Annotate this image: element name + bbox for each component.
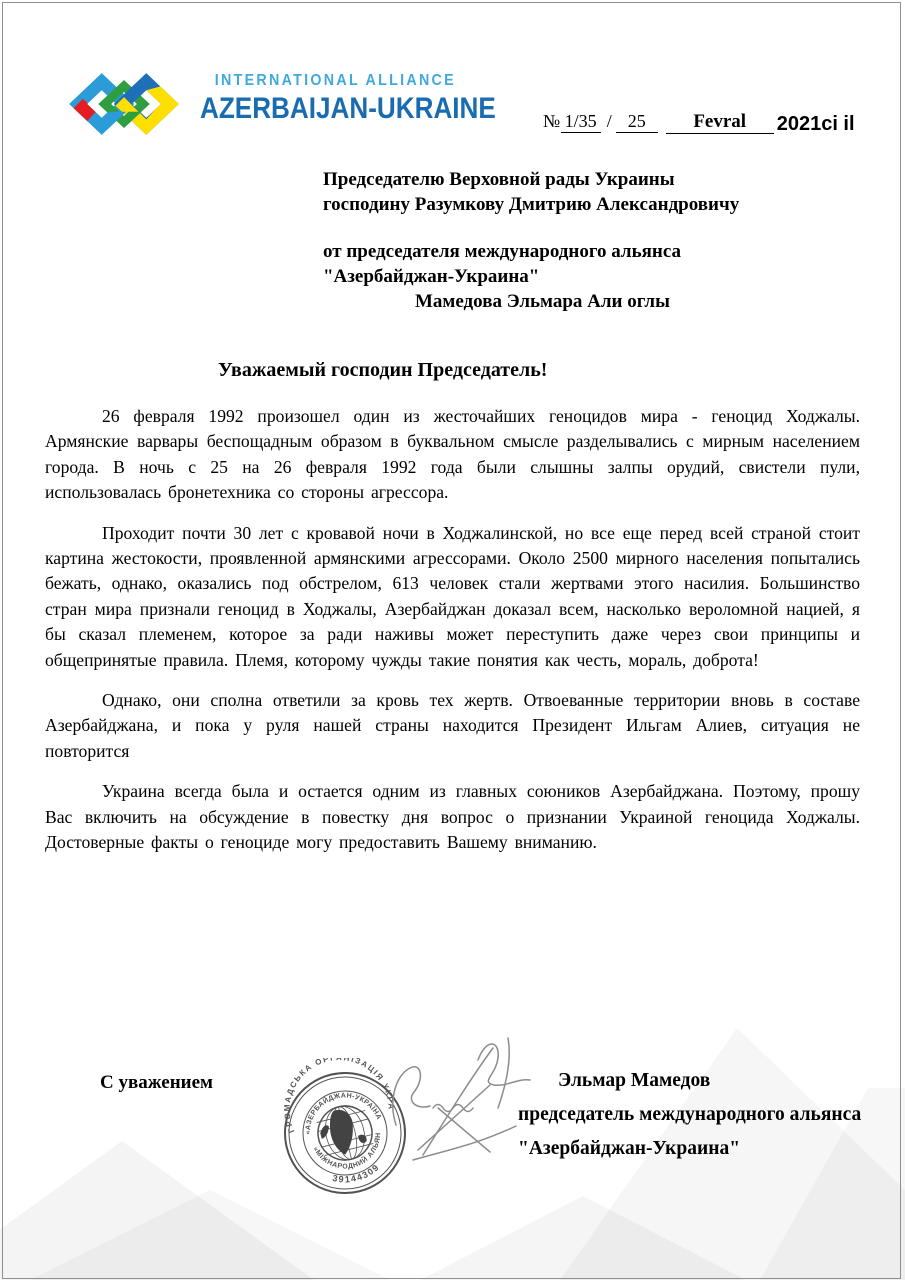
addressee-gap [323, 217, 883, 239]
signer-block: Эльмар Мамедов председатель международно… [518, 1064, 888, 1166]
signer-org: "Азербайджан-Украина" [518, 1132, 888, 1166]
letterhead-alliance-label: INTERNATIONAL ALLIANCE [200, 72, 513, 90]
reference-line: №1/35/25Fevral2021ci il [543, 110, 855, 134]
salutation: Уважаемый господин Председатель! [218, 359, 547, 382]
body-paragraph: Однако, они сполна ответили за кровь тех… [45, 688, 860, 764]
signature-scribble [378, 1030, 553, 1175]
closing-respectfully: С уважением [100, 1072, 213, 1094]
body-paragraph: Украина всегда была и остается одним из … [45, 779, 860, 855]
reference-number-sign: № [543, 111, 561, 131]
reference-number: 1/35 [561, 111, 601, 133]
letterhead: INTERNATIONAL ALLIANCE AZERBAIJAN-UKRAIN… [64, 54, 540, 154]
body-paragraph: Проходит почти 30 лет с кровавой ночи в … [45, 521, 860, 673]
alliance-logo-icon [64, 54, 184, 154]
letter-page: INTERNATIONAL ALLIANCE AZERBAIJAN-UKRAIN… [0, 0, 905, 1280]
body-paragraph: 26 февраля 1992 произошел один из жесточ… [45, 404, 860, 506]
sender-line: от председателя международного альянса [323, 239, 883, 264]
letter-body: 26 февраля 1992 произошел один из жесточ… [45, 404, 860, 871]
addressee-line: господину Разумкову Дмитрию Александрови… [323, 192, 883, 217]
signer-title: председатель международного альянса [518, 1098, 888, 1132]
letterhead-alliance-name: AZERBAIJAN-UKRAINE [200, 92, 496, 126]
reference-separator: / [607, 111, 612, 131]
signer-name: Эльмар Мамедов [518, 1064, 888, 1098]
sender-line: "Азербайджан-Украина" [323, 264, 883, 289]
reference-year: 2021ci il [777, 113, 855, 135]
addressee-block: Председателю Верховной рады Украины госп… [323, 167, 883, 314]
letterhead-text: INTERNATIONAL ALLIANCE AZERBAIJAN-UKRAIN… [200, 72, 540, 126]
reference-month: Fevral [666, 111, 774, 134]
reference-day: 25 [616, 111, 658, 133]
sender-line: Мамедова Эльмара Али оглы [323, 289, 883, 314]
addressee-line: Председателю Верховной рады Украины [323, 167, 883, 192]
